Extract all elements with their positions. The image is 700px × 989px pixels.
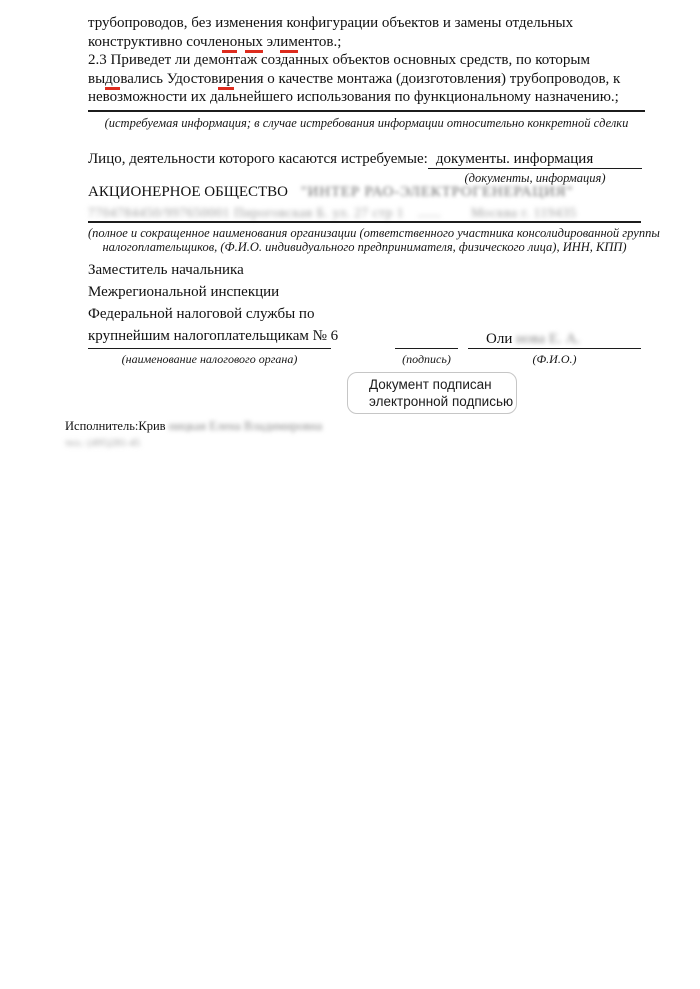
fio-caption: (Ф.И.О.) — [468, 352, 641, 366]
organization-city-redacted: Москва г. 119435 — [471, 205, 577, 220]
body-line: трубопроводов, без изменения конфигураци… — [88, 14, 646, 33]
requested-info-caption: (истребуемая информация; в случае истреб… — [88, 116, 645, 130]
phone-redacted: тел.: (495)281-45 — [65, 438, 140, 449]
authority-signature-line — [88, 348, 331, 349]
organization-caption-line2: налогоплательщиков, (Ф.И.О. индивидуальн… — [88, 240, 641, 254]
body-line: конструктивно сочленоных элиментов.; — [88, 33, 646, 52]
person-label: Лицо, деятельности которого касаются ист… — [88, 150, 428, 168]
authority-line: Федеральной налоговой службы по — [88, 303, 508, 325]
document-page: трубопроводов, без изменения конфигураци… — [0, 0, 700, 989]
fio-redacted-part: нова Е. А. — [516, 331, 580, 347]
stamp-text-line2: электронной подписью — [369, 393, 516, 411]
text-segment: вались Удостов — [120, 71, 218, 87]
executor-line: Исполнитель:Крив ницкая Елена Владимиров… — [65, 419, 322, 434]
organization-details-line: 7704784450/997650001 Пироговская Б. ул. … — [88, 205, 646, 221]
text-segment: невозможности их дальнейшего использован… — [88, 89, 619, 105]
person-value-field: документы. информация — [428, 150, 642, 169]
executor-phone-line: тел.: (495)281-45 — [65, 438, 140, 449]
text-segment: эл — [263, 34, 280, 50]
stamp-text-line1: Документ подписан — [369, 376, 516, 394]
signature-caption: (подпись) — [395, 352, 458, 366]
organization-name-redacted: "ИНТЕР РАО-ЭЛЕКТРОГЕНЕРАЦИЯ" — [301, 184, 574, 200]
organization-inn-address-redacted: 7704784450/997650001 Пироговская Б. ул. … — [88, 205, 404, 220]
authority-line: крупнейшим налогоплательщикам № 6 — [88, 325, 508, 347]
text-segment: вы — [88, 71, 105, 87]
organization-caption-line1: (полное и сокращенное наименования орган… — [88, 226, 641, 240]
signature-line — [395, 348, 458, 349]
authority-line: Межрегиональной инспекции — [88, 281, 508, 303]
organization-line: АКЦИОНЕРНОЕ ОБЩЕСТВО "ИНТЕР РАО-ЭЛЕКТРОГ… — [88, 184, 646, 201]
fio-value: Оли нова Е. А. — [486, 331, 580, 348]
organization-prefix: АКЦИОНЕРНОЕ ОБЩЕСТВО — [88, 184, 288, 200]
text-segment: конструктивно сочле — [88, 34, 222, 50]
horizontal-rule — [88, 221, 641, 223]
authority-line-caption: (наименование налогового органа) — [88, 352, 331, 366]
text-segment: 2.3 Приведет ли демонтаж созданных объек… — [88, 52, 590, 68]
misspelled-word-segment: ых — [245, 34, 263, 53]
horizontal-rule — [88, 110, 645, 112]
fio-line — [468, 348, 641, 349]
person-row: Лицо, деятельности которого касаются ист… — [88, 150, 642, 169]
electronic-signature-stamp: Документ подписан электронной подписью — [347, 372, 517, 414]
body-line: невозможности их дальнейшего использован… — [88, 88, 646, 107]
executor-redacted-part: ницкая Елена Владимировна — [169, 419, 323, 433]
body-line: выдовались Удостовирения о качестве монт… — [88, 70, 646, 89]
details-dots-redacted: ...... — [418, 205, 441, 220]
misspelled-word-segment: ир — [218, 71, 234, 90]
misspelled-word-segment: им — [280, 34, 298, 53]
authority-line: Заместитель начальника — [88, 259, 508, 281]
fio-visible-part: Оли — [486, 331, 512, 347]
person-value-caption: (документы, информация) — [428, 171, 642, 185]
text-segment: ентов.; — [298, 34, 342, 50]
misspelled-word-segment: до — [105, 71, 120, 90]
text-segment: ения о качестве монтажа (доизготовления)… — [234, 71, 620, 87]
misspelled-word-segment: но — [222, 34, 238, 53]
executor-visible-part: Исполнитель:Крив — [65, 419, 166, 433]
body-line: 2.3 Приведет ли демонтаж созданных объек… — [88, 51, 646, 70]
text-segment: трубопроводов, без изменения конфигураци… — [88, 15, 573, 31]
tax-authority-block: Заместитель начальника Межрегиональной и… — [88, 259, 508, 347]
body-text: трубопроводов, без изменения конфигураци… — [88, 14, 646, 107]
